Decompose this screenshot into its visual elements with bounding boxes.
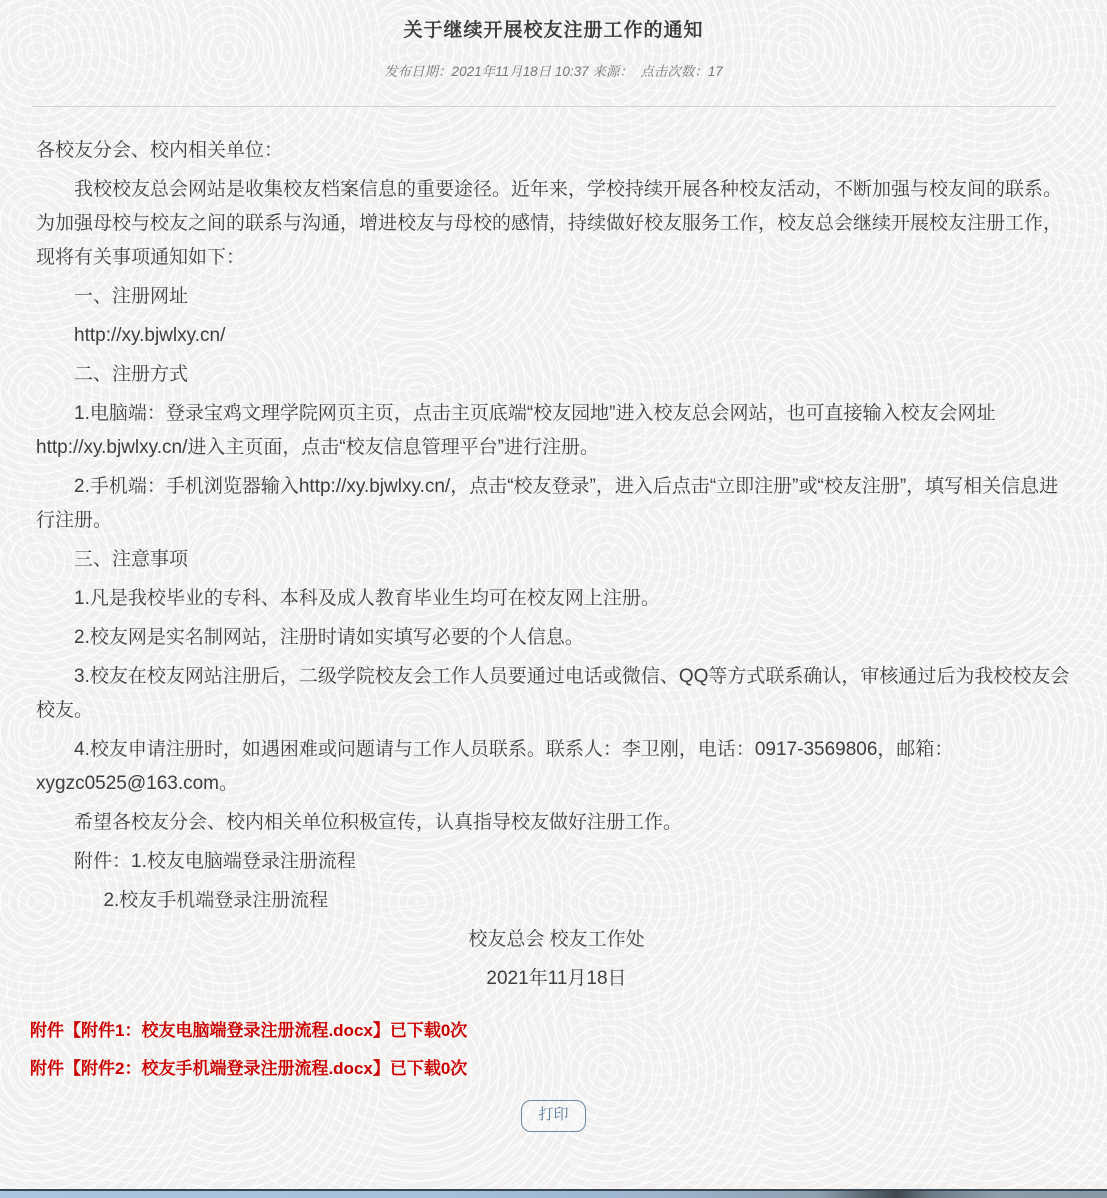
- heading-notes: 三、注意事项: [36, 543, 1077, 577]
- note-3: 3.校友在校友网站注册后，二级学院校友会工作人员要通过电话或微信、QQ等方式联系…: [36, 660, 1077, 728]
- attachment-downloads: 附件【附件1：校友电脑端登录注册流程.docx】已下载0次 附件【附件2：校友手…: [0, 1012, 1107, 1088]
- notice-page: 关于继续开展校友注册工作的通知 发布日期：2021年11月18日 10:37 来…: [0, 0, 1107, 1132]
- signature-org: 校友总会 校友工作处: [36, 923, 1077, 957]
- note-1: 1.凡是我校毕业的专科、本科及成人教育毕业生均可在校友网上注册。: [36, 582, 1077, 616]
- print-row: 打印: [0, 1100, 1107, 1132]
- signature-date: 2021年11月18日: [36, 962, 1077, 996]
- attachment-list-line-2: 2.校友手机端登录注册流程: [36, 884, 1077, 918]
- publish-meta: 发布日期：2021年11月18日 10:37 来源： 点击次数：17: [0, 64, 1107, 80]
- attachment-download-link-2[interactable]: 附件【附件2：校友手机端登录注册流程.docx】已下载0次: [30, 1050, 467, 1088]
- paragraph-mobile-method: 2.手机端：手机浏览器输入http://xy.bjwlxy.cn/，点击“校友登…: [36, 470, 1077, 538]
- note-4: 4.校友申请注册时，如遇困难或问题请与工作人员联系。联系人：李卫刚，电话：091…: [36, 733, 1077, 801]
- footer-bar: [0, 1189, 1107, 1198]
- paragraph-intro: 我校校友总会网站是收集校友档案信息的重要途径。近年来，学校持续开展各种校友活动，…: [36, 173, 1077, 275]
- heading-registration-url: 一、注册网址: [36, 280, 1077, 314]
- note-2: 2.校友网是实名制网站，注册时请如实填写必要的个人信息。: [36, 621, 1077, 655]
- print-button[interactable]: 打印: [521, 1100, 585, 1132]
- page-title: 关于继续开展校友注册工作的通知: [0, 18, 1107, 44]
- paragraph-closing: 希望各校友分会、校内相关单位积极宣传，认真指导校友做好注册工作。: [36, 806, 1077, 840]
- url-text: http://xy.bjwlxy.cn/: [36, 319, 1077, 353]
- paragraph-pc-method: 1.电脑端：登录宝鸡文理学院网页主页，点击主页底端“校友园地”进入校友总会网站，…: [36, 397, 1077, 465]
- attachment-download-link-1[interactable]: 附件【附件1：校友电脑端登录注册流程.docx】已下载0次: [30, 1012, 467, 1050]
- page-header: 关于继续开展校友注册工作的通知 发布日期：2021年11月18日 10:37 来…: [0, 0, 1107, 80]
- heading-registration-method: 二、注册方式: [36, 358, 1077, 392]
- notice-body: 各校友分会、校内相关单位： 我校校友总会网站是收集校友档案信息的重要途径。近年来…: [0, 107, 1107, 996]
- paragraph-salutation: 各校友分会、校内相关单位：: [36, 134, 1077, 168]
- attachment-list-line-1: 附件：1.校友电脑端登录注册流程: [36, 845, 1077, 879]
